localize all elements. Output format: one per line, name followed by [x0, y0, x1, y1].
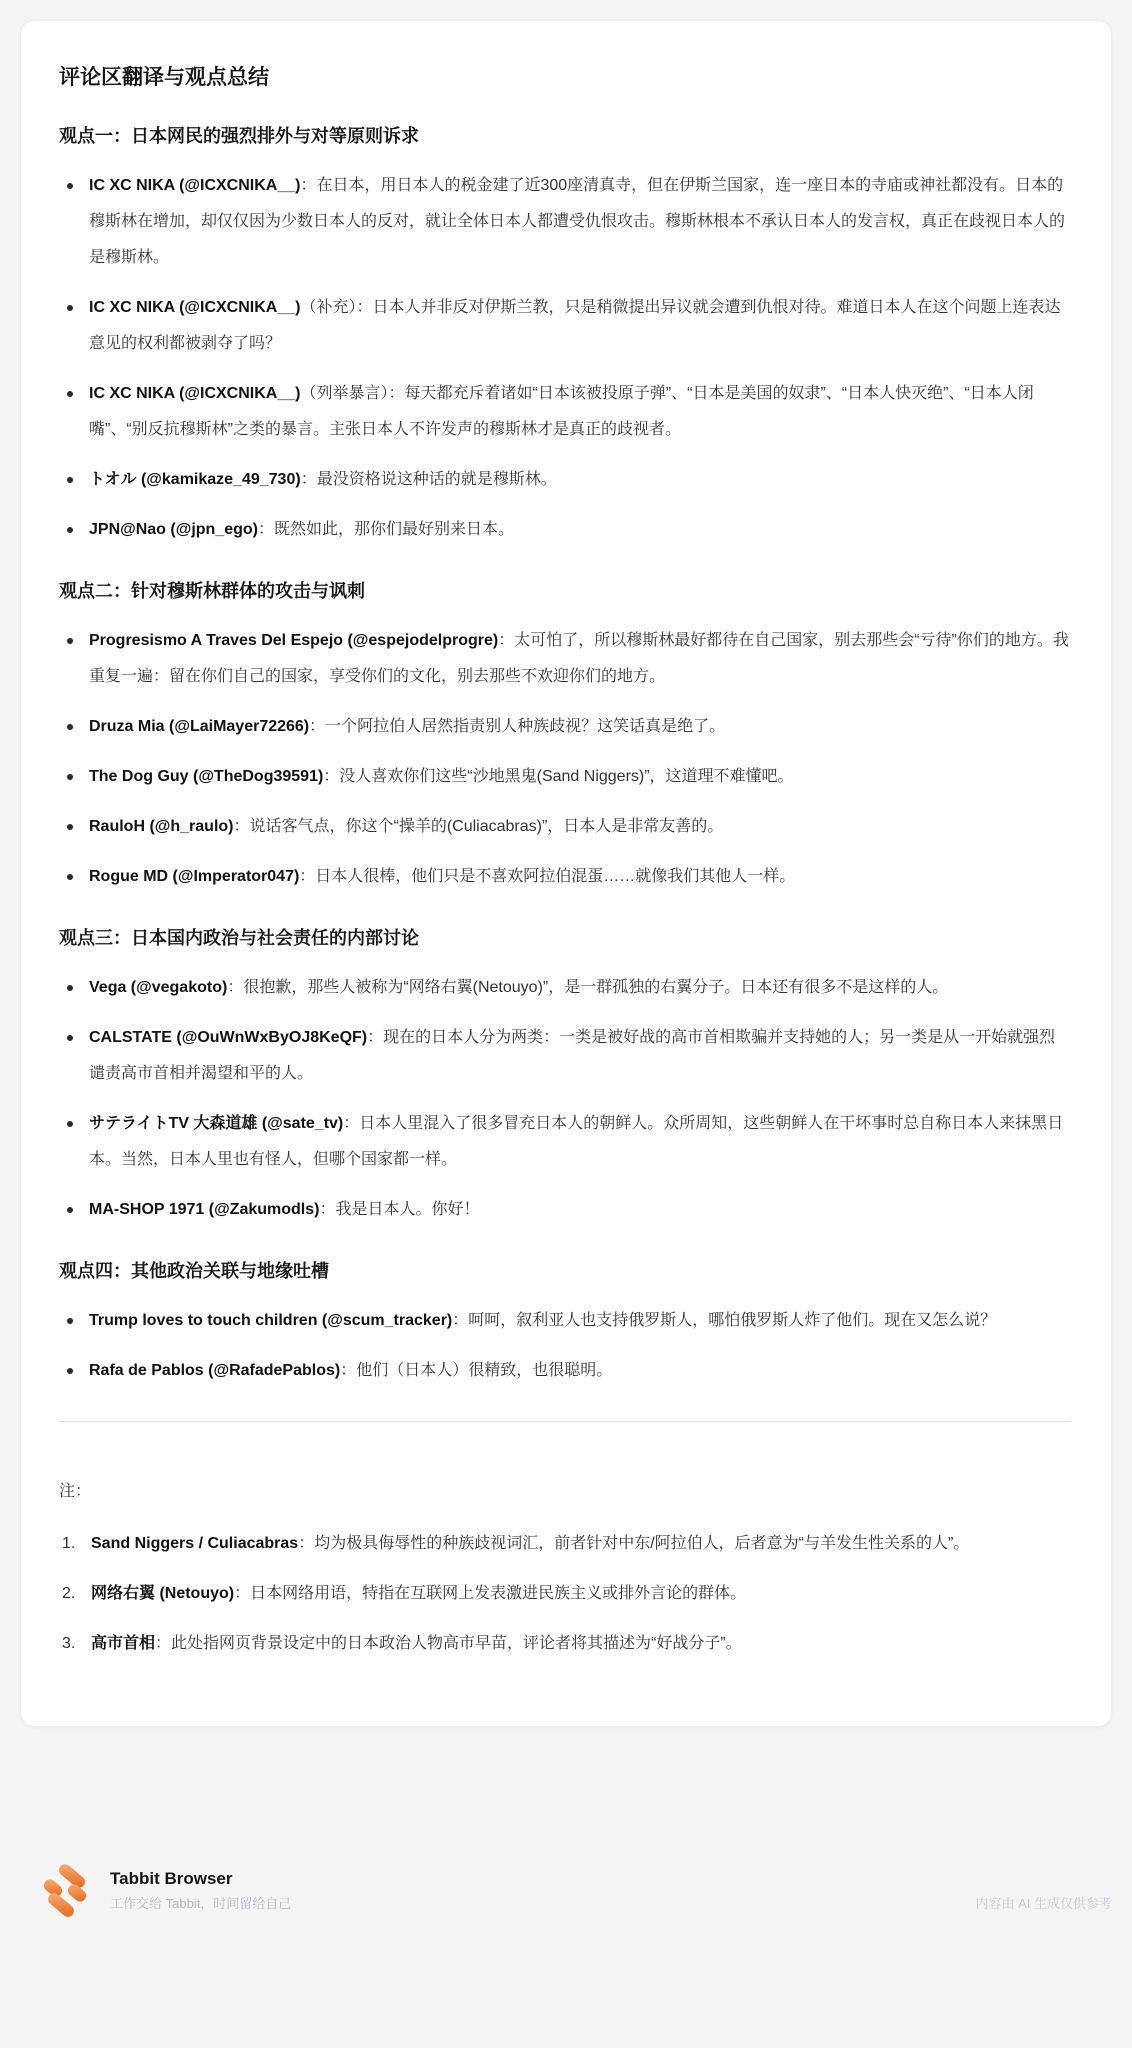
comment-list: Progresismo A Traves Del Espejo (@espejo… [59, 623, 1071, 895]
opinion-section: 观点二：针对穆斯林群体的攻击与讽刺 Progresismo A Traves D… [59, 578, 1071, 895]
note-term: 高市首相 [91, 1635, 155, 1652]
comment-text: ：很抱歉，那些人被称为“网络右翼(Netouyo)”，是一群孤独的右翼分子。日本… [227, 979, 948, 996]
section-heading: 观点一：日本网民的强烈排外与对等原则诉求 [59, 123, 1071, 150]
commenter-name: JPN@Nao (@jpn_ego) [89, 521, 258, 538]
notes-list: Sand Niggers / Culiacabras：均为极具侮辱性的种族歧视词… [59, 1526, 1071, 1662]
comment-text: ：说话客气点，你这个“操羊的(Culiacabras)”，日本人是非常友善的。 [234, 818, 724, 835]
note-item: 网络右翼 (Netouyo)：日本网络用语，特指在互联网上发表激进民族主义或排外… [59, 1576, 1071, 1612]
commenter-name: IC XC NIKA (@ICXCNIKA__) [89, 385, 300, 402]
brand-block: Tabbit Browser 工作交给 Tabbit，时间留给自己 [110, 1868, 291, 1913]
brand-slogan: 工作交给 Tabbit，时间留给自己 [110, 1895, 291, 1913]
commenter-name: RauloH (@h_raulo) [89, 818, 234, 835]
comment-item: RauloH (@h_raulo)：说话客气点，你这个“操羊的(Culiacab… [59, 809, 1071, 845]
commenter-name: IC XC NIKA (@ICXCNIKA__) [89, 299, 300, 316]
commenter-name: サテライトTV 大森道雄 (@sate_tv) [89, 1115, 343, 1132]
comment-item: Vega (@vegakoto)：很抱歉，那些人被称为“网络右翼(Netouyo… [59, 970, 1071, 1006]
comment-note: （列举暴言） [300, 385, 388, 402]
note-term: 网络右翼 (Netouyo) [91, 1585, 234, 1602]
page-title: 评论区翻译与观点总结 [59, 63, 1071, 93]
opinion-section: 观点四：其他政治关联与地缘吐槽 Trump loves to touch chi… [59, 1258, 1071, 1389]
comment-item: Progresismo A Traves Del Espejo (@espejo… [59, 623, 1071, 695]
note-text: ：此处指网页背景设定中的日本政治人物高市早苗，评论者将其描述为“好战分子”。 [155, 1635, 742, 1652]
commenter-name: The Dog Guy (@TheDog39591) [89, 768, 323, 785]
comment-text: ：我是日本人。你好！ [319, 1201, 479, 1218]
notes-label: 注： [59, 1474, 1071, 1510]
comment-list: IC XC NIKA (@ICXCNIKA__)：在日本，用日本人的税金建了近3… [59, 168, 1071, 548]
opinion-section: 观点三：日本国内政治与社会责任的内部讨论 Vega (@vegakoto)：很抱… [59, 925, 1071, 1228]
page: 评论区翻译与观点总结 观点一：日本网民的强烈排外与对等原则诉求 IC XC NI… [0, 0, 1132, 2048]
comment-text: ：没人喜欢你们这些“沙地黑鬼(Sand Niggers)”，这道理不难懂吧。 [323, 768, 793, 785]
comment-item: トオル (@kamikaze_49_730)：最没资格说这种话的就是穆斯林。 [59, 462, 1071, 498]
note-item: 高市首相：此处指网页背景设定中的日本政治人物高市早苗，评论者将其描述为“好战分子… [59, 1626, 1071, 1662]
comment-item: MA-SHOP 1971 (@Zakumodls)：我是日本人。你好！ [59, 1192, 1071, 1228]
commenter-name: Trump loves to touch children (@scum_tra… [89, 1312, 452, 1329]
comment-list: Vega (@vegakoto)：很抱歉，那些人被称为“网络右翼(Netouyo… [59, 970, 1071, 1228]
comment-item: Trump loves to touch children (@scum_tra… [59, 1303, 1071, 1339]
comment-text: ：日本人很棒，他们只是不喜欢阿拉伯混蛋……就像我们其他人一样。 [299, 868, 795, 885]
comment-item: The Dog Guy (@TheDog39591)：没人喜欢你们这些“沙地黑鬼… [59, 759, 1071, 795]
ai-disclaimer: 内容由 AI 生成仅供参考 [975, 1893, 1112, 1912]
tabbit-logo-icon [42, 1864, 96, 1918]
commenter-name: Rogue MD (@Imperator047) [89, 868, 299, 885]
comment-text: ：呵呵，叙利亚人也支持俄罗斯人，哪怕俄罗斯人炸了他们。现在又怎么说？ [452, 1312, 996, 1329]
note-item: Sand Niggers / Culiacabras：均为极具侮辱性的种族歧视词… [59, 1526, 1071, 1562]
comment-item: IC XC NIKA (@ICXCNIKA__)（列举暴言）：每天都充斥着诸如“… [59, 376, 1071, 448]
note-term: Sand Niggers / Culiacabras [91, 1535, 298, 1552]
divider [59, 1421, 1071, 1422]
commenter-name: Rafa de Pablos (@RafadePablos) [89, 1362, 340, 1379]
commenter-name: Vega (@vegakoto) [89, 979, 227, 996]
comment-item: サテライトTV 大森道雄 (@sate_tv)：日本人里混入了很多冒充日本人的朝… [59, 1106, 1071, 1178]
comment-item: JPN@Nao (@jpn_ego)：既然如此，那你们最好别来日本。 [59, 512, 1071, 548]
note-text: ：日本网络用语，特指在互联网上发表激进民族主义或排外言论的群体。 [234, 1585, 746, 1602]
comment-item: Rafa de Pablos (@RafadePablos)：他们（日本人）很精… [59, 1353, 1071, 1389]
comment-text: ：最没资格说这种话的就是穆斯林。 [301, 471, 557, 488]
commenter-name: CALSTATE (@OuWnWxByOJ8KeQF) [89, 1029, 367, 1046]
commenter-name: IC XC NIKA (@ICXCNIKA__) [89, 177, 300, 194]
commenter-name: Progresismo A Traves Del Espejo (@espejo… [89, 632, 498, 649]
comment-text: ：一个阿拉伯人居然指责别人种族歧视？这笑话真是绝了。 [309, 718, 725, 735]
brand-name: Tabbit Browser [110, 1868, 291, 1890]
comment-item: Rogue MD (@Imperator047)：日本人很棒，他们只是不喜欢阿拉… [59, 859, 1071, 895]
footer: Tabbit Browser 工作交给 Tabbit，时间留给自己 内容由 AI… [0, 1727, 1132, 2048]
summary-card: 评论区翻译与观点总结 观点一：日本网民的强烈排外与对等原则诉求 IC XC NI… [20, 20, 1112, 1727]
comment-item: Druza Mia (@LaiMayer72266)：一个阿拉伯人居然指责别人种… [59, 709, 1071, 745]
section-heading: 观点二：针对穆斯林群体的攻击与讽刺 [59, 578, 1071, 605]
commenter-name: Druza Mia (@LaiMayer72266) [89, 718, 309, 735]
commenter-name: MA-SHOP 1971 (@Zakumodls) [89, 1201, 319, 1218]
commenter-name: トオル (@kamikaze_49_730) [89, 471, 301, 488]
comment-item: IC XC NIKA (@ICXCNIKA__)（补充）：日本人并非反对伊斯兰教… [59, 290, 1071, 362]
comment-item: IC XC NIKA (@ICXCNIKA__)：在日本，用日本人的税金建了近3… [59, 168, 1071, 276]
sections: 观点一：日本网民的强烈排外与对等原则诉求 IC XC NIKA (@ICXCNI… [59, 123, 1071, 1389]
note-text: ：均为极具侮辱性的种族歧视词汇，前者针对中东/阿拉伯人，后者意为“与羊发生性关系… [298, 1535, 969, 1552]
comment-item: CALSTATE (@OuWnWxByOJ8KeQF)：现在的日本人分为两类：一… [59, 1020, 1071, 1092]
comment-text: ：他们（日本人）很精致，也很聪明。 [340, 1362, 612, 1379]
section-heading: 观点四：其他政治关联与地缘吐槽 [59, 1258, 1071, 1285]
logo-pill [65, 1881, 88, 1903]
comment-text: ：既然如此，那你们最好别来日本。 [258, 521, 514, 538]
comment-note: （补充） [300, 299, 356, 316]
section-heading: 观点三：日本国内政治与社会责任的内部讨论 [59, 925, 1071, 952]
opinion-section: 观点一：日本网民的强烈排外与对等原则诉求 IC XC NIKA (@ICXCNI… [59, 123, 1071, 548]
comment-list: Trump loves to touch children (@scum_tra… [59, 1303, 1071, 1389]
